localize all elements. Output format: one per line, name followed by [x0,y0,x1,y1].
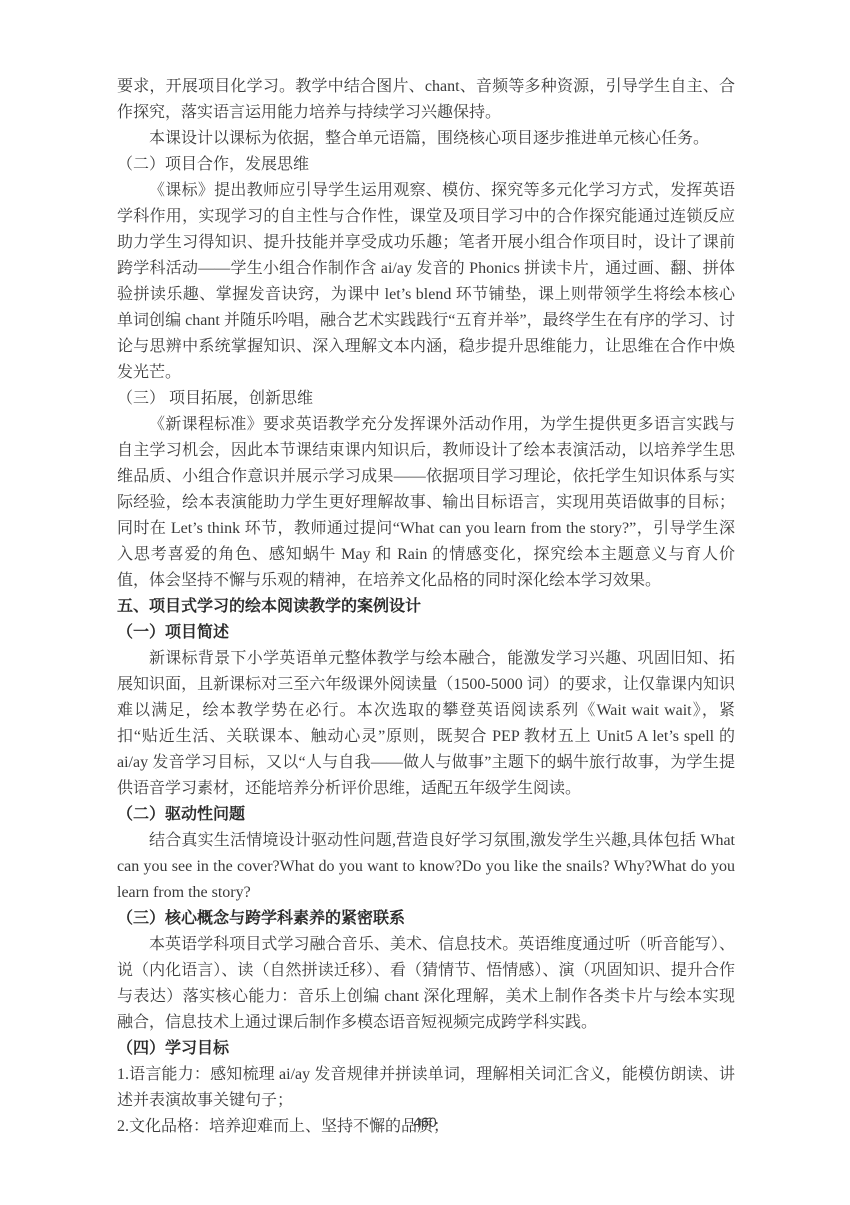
paragraph: 新课标背景下小学英语单元整体教学与绘本融合，能激发学习兴趣、巩固旧知、拓展知识面… [117,646,735,802]
subsection-heading: （三） 项目拓展，创新思维 [117,386,735,412]
page-number: 460 [0,1114,850,1130]
paragraph: 《新课程标准》要求英语教学充分发挥课外活动作用，为学生提供更多语言实践与自主学习… [117,412,735,594]
paragraph-continuation: 要求，开展项目化学习。教学中结合图片、chant、音频等多种资源，引导学生自主、… [117,74,735,126]
document-page: 要求，开展项目化学习。教学中结合图片、chant、音频等多种资源，引导学生自主、… [0,0,850,1205]
paragraph: 本英语学科项目式学习融合音乐、美术、信息技术。英语维度通过听（听音能写）、说（内… [117,932,735,1036]
numbered-item: 1.语言能力：感知梳理 ai/ay 发音规律并拼读单词，理解相关词汇含义，能模仿… [117,1062,735,1114]
paragraph: 本课设计以课标为依据，整合单元语篇，围绕核心项目逐步推进单元核心任务。 [117,126,735,152]
document-body: 要求，开展项目化学习。教学中结合图片、chant、音频等多种资源，引导学生自主、… [117,74,735,1140]
subsection-heading: （四）学习目标 [117,1036,735,1062]
subsection-heading: （二）项目合作，发展思维 [117,152,735,178]
section-heading: 五、项目式学习的绘本阅读教学的案例设计 [117,594,735,620]
subsection-heading: （二）驱动性问题 [117,802,735,828]
subsection-heading: （一）项目简述 [117,620,735,646]
paragraph: 结合真实生活情境设计驱动性问题,营造良好学习氛围,激发学生兴趣,具体包括 Wha… [117,828,735,906]
paragraph: 《课标》提出教师应引导学生运用观察、模仿、探究等多元化学习方式，发挥英语学科作用… [117,178,735,386]
subsection-heading: （三）核心概念与跨学科素养的紧密联系 [117,906,735,932]
